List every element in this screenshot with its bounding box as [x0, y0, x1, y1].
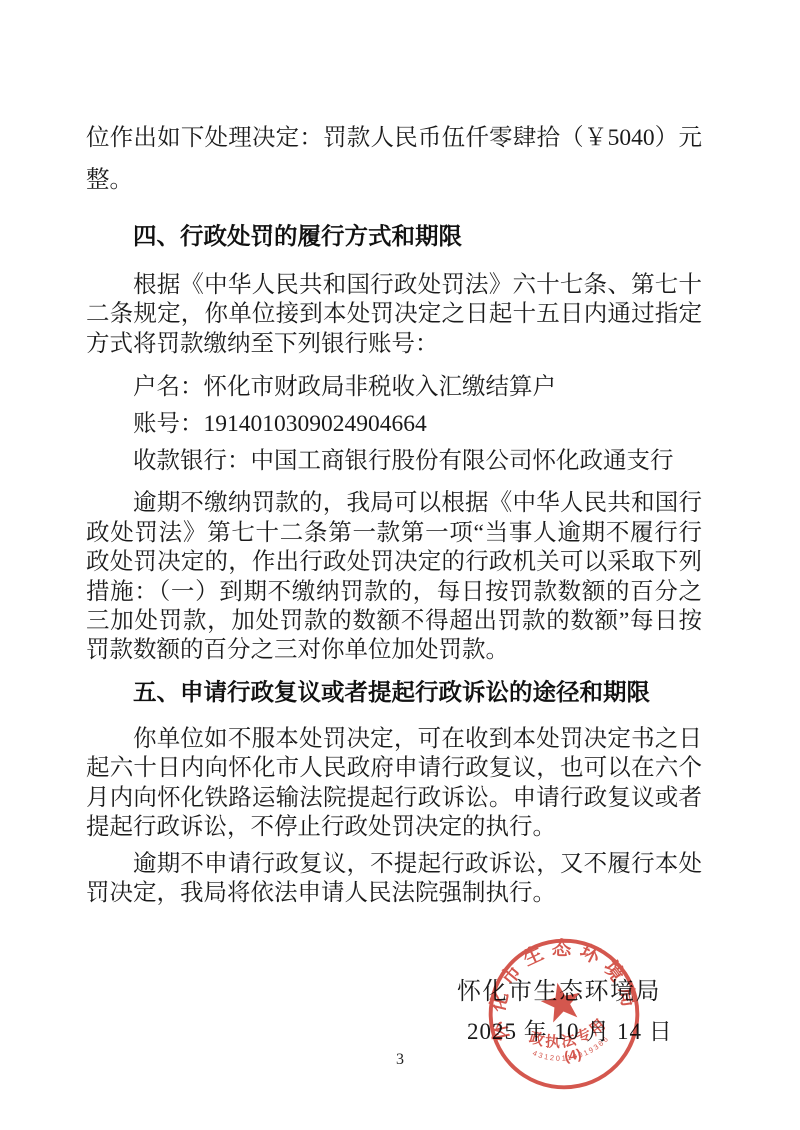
document-page: 位作出如下处理决定：罚款人民币伍仟零肆拾（￥5040）元整。 四、行政处罚的履行… [0, 0, 800, 1130]
page-number: 3 [0, 1051, 800, 1069]
payment-account-number: 账号：1914010309024904664 [86, 410, 702, 439]
payment-account-name: 户名：怀化市财政局非税收入汇缴结算户 [86, 373, 702, 402]
signature-date: 2025 年 10 月 14 日 [467, 1013, 673, 1046]
paragraph-decision-amount: 位作出如下处理决定：罚款人民币伍仟零肆拾（￥5040）元整。 [86, 117, 702, 201]
paragraph-enforcement: 逾期不申请行政复议，不提起行政诉讼，又不履行本处罚决定，我局将依法申请人民法院强… [86, 850, 702, 909]
section-4-heading: 四、行政处罚的履行方式和期限 [86, 221, 702, 251]
section-5-heading: 五、申请行政复议或者提起行政诉讼的途径和期限 [86, 677, 702, 707]
paragraph-overdue-surcharge: 逾期不缴纳罚款的，我局可以根据《中华人民共和国行政处罚法》第七十二条第一款第一项… [86, 489, 702, 665]
signature-org-name: 怀化市生态环境局 [457, 971, 661, 1006]
paragraph-appeal-channels: 你单位如不服本处罚决定，可在收到本处罚决定书之日起六十日内向怀化市人民政府申请行… [86, 725, 702, 843]
document-body: 位作出如下处理决定：罚款人民币伍仟零肆拾（￥5040）元整。 四、行政处罚的履行… [86, 0, 702, 908]
paragraph-payment-deadline: 根据《中华人民共和国行政处罚法》六十七条、第七十二条规定，你单位接到本处罚决定之… [86, 271, 702, 359]
payment-bank: 收款银行：中国工商银行股份有限公司怀化政通支行 [86, 447, 702, 476]
